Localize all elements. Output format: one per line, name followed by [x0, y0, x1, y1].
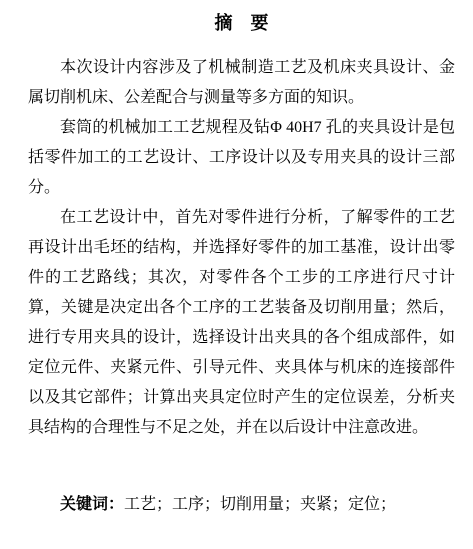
- keywords-text: 工艺；工序；切削用量；夹紧；定位；: [124, 496, 396, 513]
- abstract-paragraph-3: 在工艺设计中，首先对零件进行分析，了解零件的工艺再设计出毛坯的结构，并选择好零件…: [28, 203, 455, 443]
- keywords-label: 关键词：: [60, 496, 124, 513]
- abstract-paragraph-2: 套筒的机械加工工艺规程及钻Φ 40H7 孔的夹具设计是包括零件加工的工艺设计、工…: [28, 113, 455, 203]
- abstract-page: 摘 要 本次设计内容涉及了机械制造工艺及机床夹具设计、金属切削机床、公差配合与测…: [0, 0, 473, 549]
- page-title: 摘 要: [28, 8, 455, 38]
- abstract-paragraph-1: 本次设计内容涉及了机械制造工艺及机床夹具设计、金属切削机床、公差配合与测量等多方…: [28, 53, 455, 113]
- keywords-line: 关键词：工艺；工序；切削用量；夹紧；定位；: [28, 490, 455, 520]
